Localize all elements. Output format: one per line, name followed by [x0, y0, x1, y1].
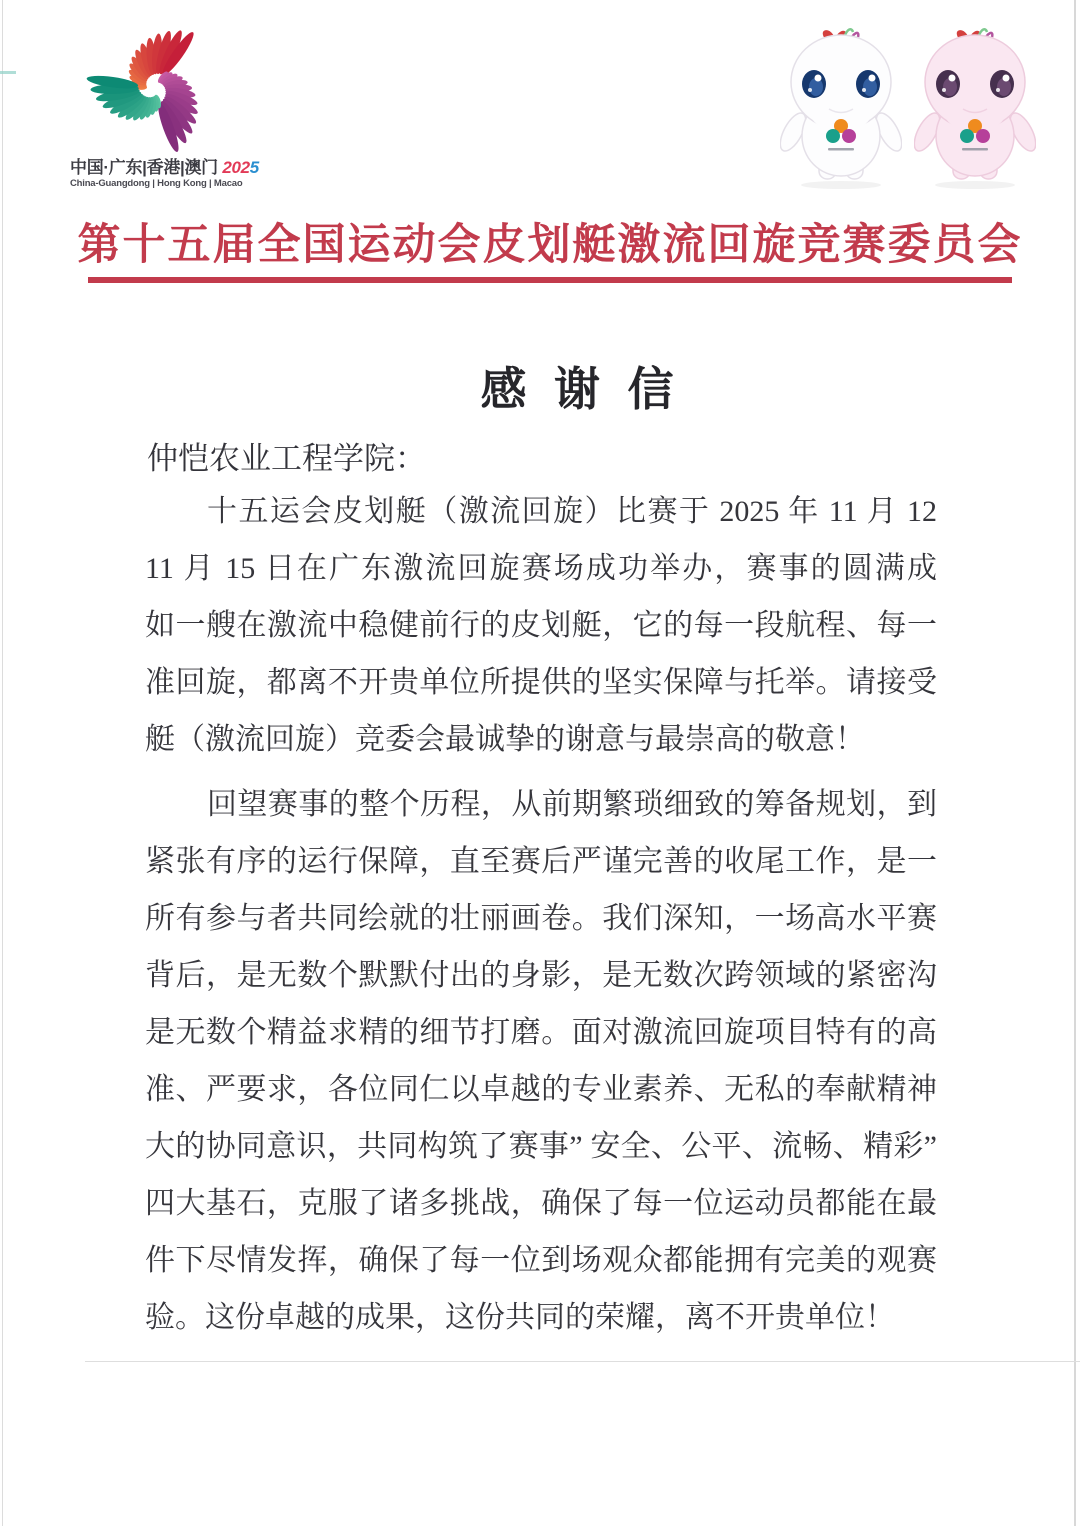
letter-body: 十五运会皮划艇（激流回旋）比赛于 2025 年 11 月 12 日至11 月 1… [145, 483, 937, 1346]
scan-bottom-line [85, 1361, 1080, 1362]
mascot-left-icon [780, 20, 902, 192]
letter-title: 感 谢 信 [185, 358, 977, 422]
text-line: 如一艘在激流中稳健前行的皮划艇，它的每一段航程、每一次精 [145, 597, 937, 654]
mascots [780, 20, 1050, 195]
logo-region-text: 中国·广东|香港|澳门 2025 [70, 158, 290, 178]
scanned-letter-page: { "logo": { "icon": "fifteenth-national-… [0, 0, 1080, 1526]
text-line: 十五运会皮划艇（激流回旋）比赛于 2025 年 11 月 12 日至 [145, 483, 937, 540]
text-line: 准回旋，都离不开贵单位所提供的坚实保障与托举。请接受皮划 [145, 654, 937, 711]
text-line: 准、严要求，各位同仁以卓越的专业素养、无私的奉献精神和强 [145, 1061, 937, 1118]
text-line: 艇（激流回旋）竞委会最诚挚的谢意与最崇高的敬意！ [145, 711, 937, 768]
logo-region-label: 中国·广东|香港|澳门 [70, 158, 218, 177]
national-games-logo: 中国·广东|香港|澳门 2025 China-Guangdong | Hong … [70, 18, 290, 190]
text-line: 紧张有序的运行保障，直至赛后严谨完善的收尾工作，是一幅由 [145, 833, 937, 890]
committee-name: 第十五届全国运动会皮划艇激流回旋竞赛委员会 [10, 218, 1080, 274]
logo-year: 202 [222, 158, 249, 177]
text-line: 回望赛事的整个历程，从前期繁琐细致的筹备规划，到赛中 [145, 776, 937, 833]
text-line: 背后，是无数个默默付出的身影，是无数次跨领域的紧密沟通， [145, 947, 937, 1004]
scan-edge-line-left [2, 0, 3, 1526]
text-line: 所有参与者共同绘就的壮丽画卷。我们深知，一场高水平赛事的 [145, 890, 937, 947]
logo-year-suffix: 5 [250, 158, 259, 177]
text-line: 11 月 15 日在广东激流回旋赛场成功举办，赛事的圆满成功，犹 [145, 540, 937, 597]
paragraph: 回望赛事的整个历程，从前期繁琐细致的筹备规划，到赛中紧张有序的运行保障，直至赛后… [145, 776, 937, 1346]
text-line: 验。这份卓越的成果，这份共同的荣耀，离不开贵单位！ [145, 1289, 937, 1346]
paragraph: 十五运会皮划艇（激流回旋）比赛于 2025 年 11 月 12 日至11 月 1… [145, 483, 937, 768]
logo-english-text: China-Guangdong | Hong Kong | Macao [70, 178, 290, 190]
text-line: 大的协同意识，共同构筑了赛事” 安全、公平、流畅、精彩” 的 [145, 1118, 937, 1175]
scan-teal-mark [0, 71, 16, 74]
text-line: 四大基石，克服了诸多挑战，确保了每一位运动员都能在最佳条 [145, 1175, 937, 1232]
salutation: 仲恺农业工程学院： [147, 430, 939, 487]
text-line: 是无数个精益求精的细节打磨。面对激流回旋项目特有的高标 [145, 1004, 937, 1061]
letterhead-rule [88, 277, 1012, 283]
mascot-right-icon [914, 20, 1036, 192]
text-line: 件下尽情发挥，确保了每一位到场观众都能拥有完美的观赛体 [145, 1232, 937, 1289]
logo-starburst-icon [72, 18, 242, 158]
